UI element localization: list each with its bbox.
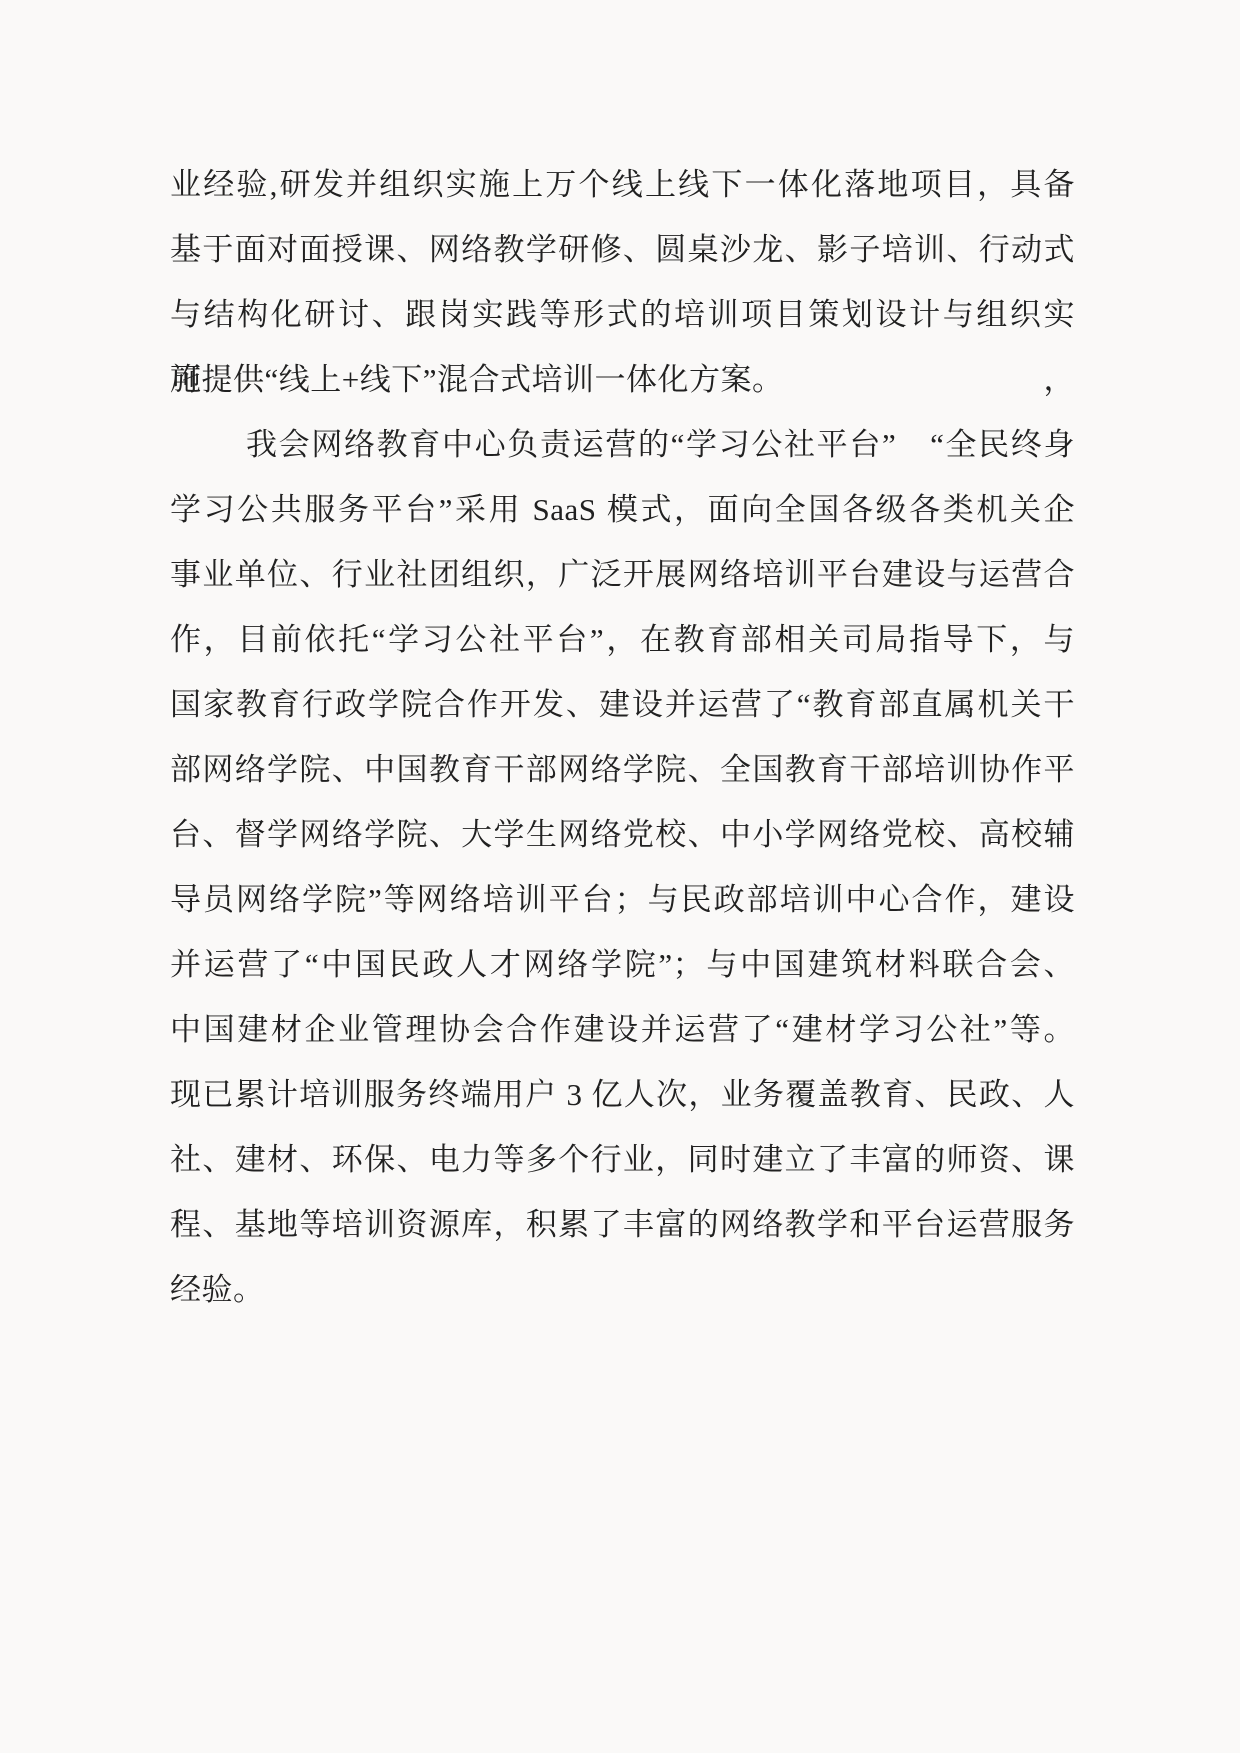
text-line: 台、督学网络学院、大学生网络党校、中小学网络党校、高校辅 [170, 802, 1075, 867]
document-body: 业经验,研发并组织实施上万个线上线下一体化落地项目，具备 基于面对面授课、网络教… [170, 152, 1075, 1322]
text-line: 学习公共服务平台”采用 SaaS 模式，面向全国各级各类机关企 [170, 477, 1075, 542]
text-line: 基于面对面授课、网络教学研修、圆桌沙龙、影子培训、行动式 [170, 217, 1075, 282]
text-line: 国家教育行政学院合作开发、建设并运营了“教育部直属机关干 [170, 672, 1075, 737]
text-line: 经验。 [170, 1257, 1075, 1322]
text-line: 程、基地等培训资源库，积累了丰富的网络教学和平台运营服务 [170, 1192, 1075, 1257]
text-line: 事业单位、行业社团组织，广泛开展网络培训平台建设与运营合 [170, 542, 1075, 607]
document-page: 业经验,研发并组织实施上万个线上线下一体化落地项目，具备 基于面对面授课、网络教… [0, 0, 1240, 1753]
text-line: 业经验,研发并组织实施上万个线上线下一体化落地项目，具备 [170, 152, 1075, 217]
paragraph-network-education-center: 我会网络教育中心负责运营的“学习公社平台” “全民终身 学习公共服务平台”采用 … [170, 412, 1075, 1322]
text-line: 我会网络教育中心负责运营的“学习公社平台” “全民终身 [170, 412, 1075, 477]
text-line: 中国建材企业管理协会合作建设并运营了“建材学习公社”等。 [170, 997, 1075, 1062]
text-line: 导员网络学院”等网络培训平台；与民政部培训中心合作，建设 [170, 867, 1075, 932]
text-line: 社、建材、环保、电力等多个行业，同时建立了丰富的师资、课 [170, 1127, 1075, 1192]
text-line: 并运营了“中国民政人才网络学院”；与中国建筑材料联合会、 [170, 932, 1075, 997]
paragraph-continuation: 业经验,研发并组织实施上万个线上线下一体化落地项目，具备 基于面对面授课、网络教… [170, 152, 1075, 412]
text-line: 部网络学院、中国教育干部网络学院、全国教育干部培训协作平 [170, 737, 1075, 802]
text-line: 现已累计培训服务终端用户 3 亿人次，业务覆盖教育、民政、人 [170, 1062, 1075, 1127]
text-line: 与结构化研讨、跟岗实践等形式的培训项目策划设计与组织实施， [170, 282, 1075, 347]
text-line: 作，目前依托“学习公社平台”，在教育部相关司局指导下，与 [170, 607, 1075, 672]
